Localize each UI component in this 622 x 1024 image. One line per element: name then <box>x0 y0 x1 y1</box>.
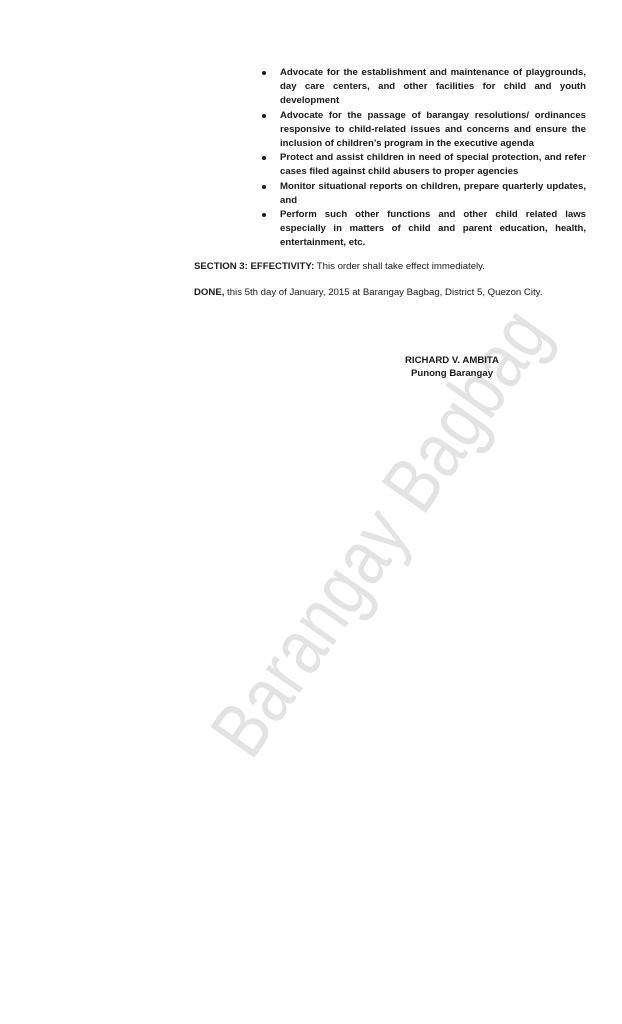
list-item: Protect and assist children in need of s… <box>262 151 586 179</box>
list-item: Advocate for the establishment and maint… <box>262 66 586 109</box>
section-3-text: This order shall take effect immediately… <box>314 261 485 272</box>
section-3-effectivity: SECTION 3: EFFECTIVITY: This order shall… <box>194 260 485 274</box>
duties-list: Advocate for the establishment and maint… <box>262 66 586 251</box>
duty-text: Protect and assist children in need of s… <box>280 152 586 177</box>
document-page: Barangay Bagbag Advocate for the establi… <box>0 0 622 1024</box>
bullet-icon <box>262 114 266 118</box>
bullet-icon <box>262 156 266 160</box>
duty-text: Monitor situational reports on children,… <box>280 181 586 206</box>
list-item: Perform such other functions and other c… <box>262 208 586 251</box>
section-3-heading: SECTION 3: EFFECTIVITY: <box>194 261 314 272</box>
bullet-icon <box>262 213 266 217</box>
list-item: Advocate for the passage of barangay res… <box>262 109 586 152</box>
bullet-icon <box>262 185 266 189</box>
duty-text: Advocate for the passage of barangay res… <box>280 110 586 149</box>
signatory-title: Punong Barangay <box>402 367 502 380</box>
done-heading: DONE, <box>194 287 224 298</box>
list-item: Monitor situational reports on children,… <box>262 180 586 208</box>
bullet-icon <box>262 71 266 75</box>
duty-text: Advocate for the establishment and maint… <box>280 67 586 106</box>
done-clause: DONE, this 5th day of January, 2015 at B… <box>194 286 542 300</box>
signature-block: RICHARD V. AMBITA Punong Barangay <box>402 354 502 380</box>
duty-text: Perform such other functions and other c… <box>280 209 586 248</box>
done-text: this 5th day of January, 2015 at Baranga… <box>224 287 542 298</box>
signatory-name: RICHARD V. AMBITA <box>402 354 502 367</box>
watermark: Barangay Bagbag <box>192 291 567 773</box>
